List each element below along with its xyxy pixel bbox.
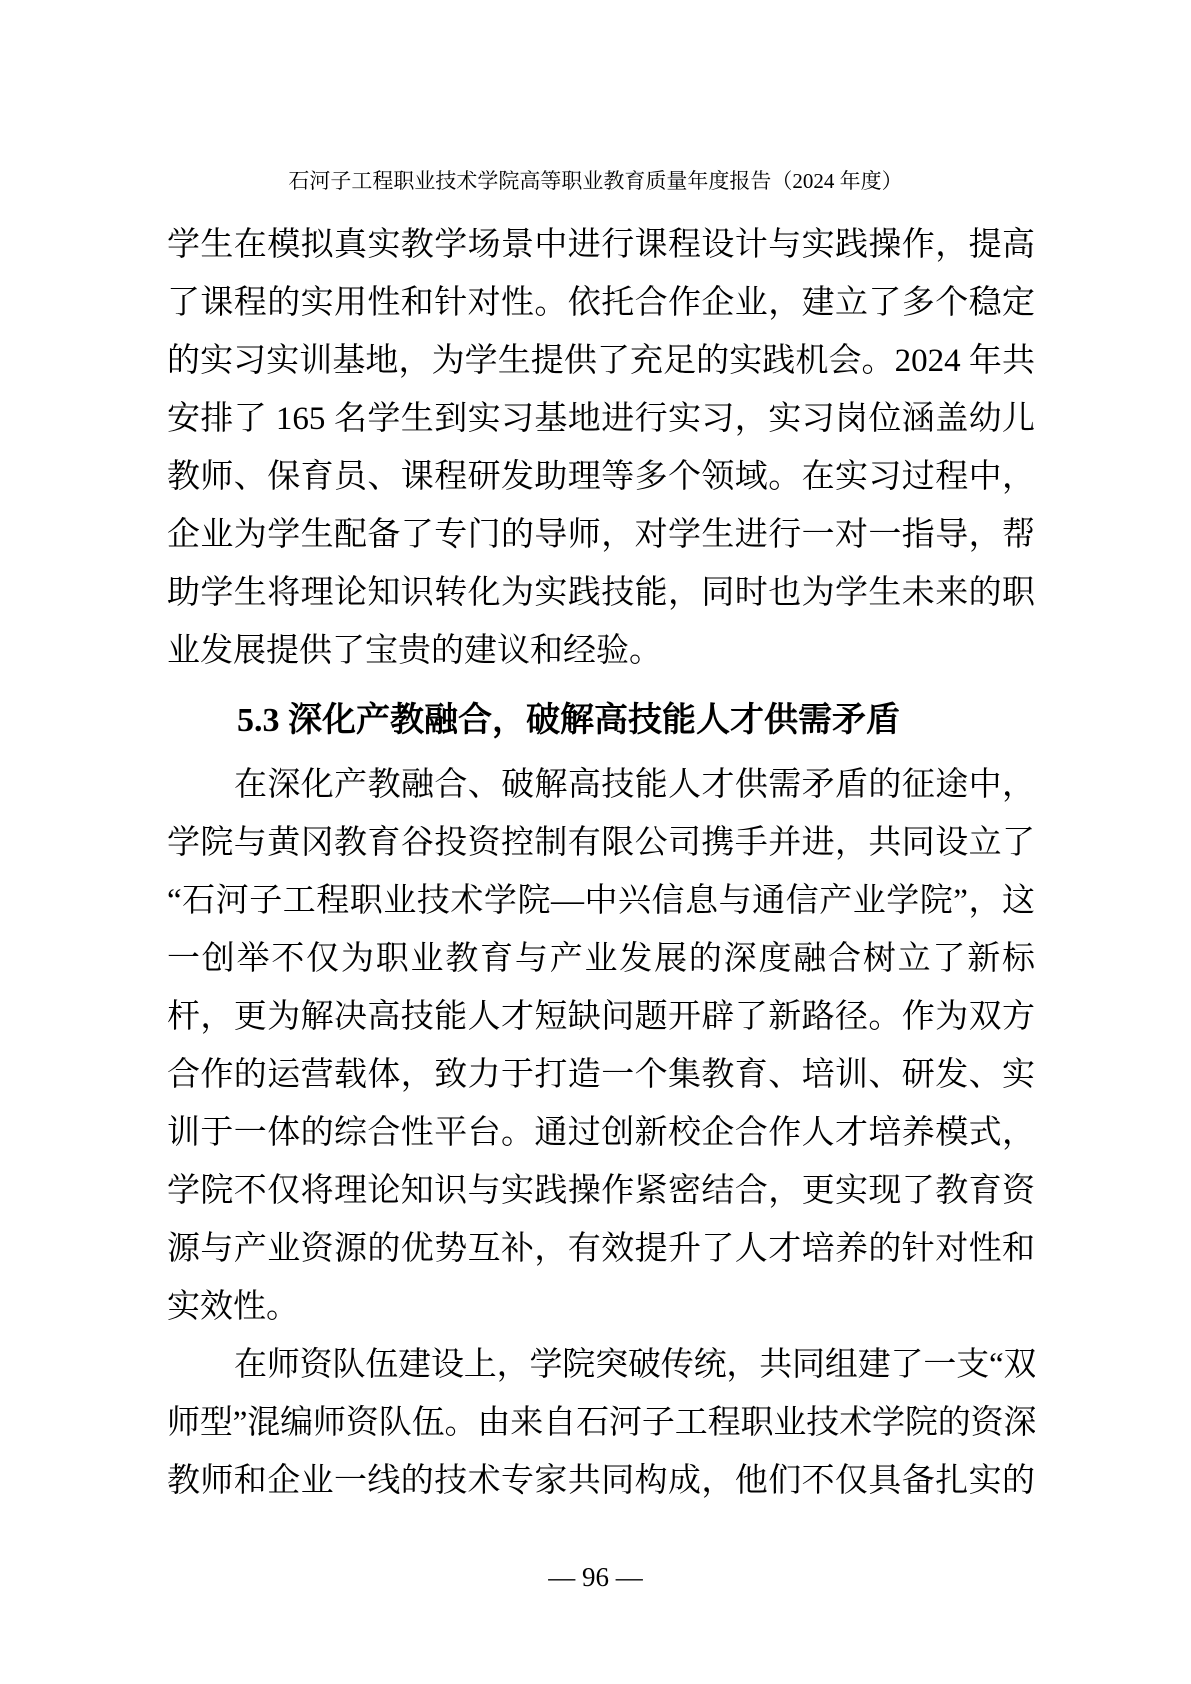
paragraph-1: 学生在模拟真实教学场景中进行课程设计与实践操作，提高 了课程的实用性和针对性。依… (167, 216, 1035, 680)
body-line: 业发展提供了宝贵的建议和经验。 (167, 622, 1035, 680)
body-line: 源与产业资源的优势互补，有效提升了人才培养的针对性和 (167, 1220, 1035, 1278)
body-line: 助学生将理论知识转化为实践技能，同时也为学生未来的职 (167, 564, 1035, 622)
body-line: 企业为学生配备了专门的导师，对学生进行一对一指导，帮 (167, 506, 1035, 564)
body-line: 教师和企业一线的技术专家共同构成，他们不仅具备扎实的 (167, 1452, 1035, 1510)
section-heading-5-3: 5.3 深化产教融合，破解高技能人才供需矛盾 (167, 692, 1035, 750)
body-line: 训于一体的综合性平台。通过创新校企合作人才培养模式， (167, 1104, 1035, 1162)
body-line: 实效性。 (167, 1278, 1035, 1336)
page-number: — 96 — (0, 1560, 1191, 1594)
body-line: 一创举不仅为职业教育与产业发展的深度融合树立了新标 (167, 930, 1035, 988)
body-line: 在深化产教融合、破解高技能人才供需矛盾的征途中， (167, 756, 1035, 814)
body-line: 杆，更为解决高技能人才短缺问题开辟了新路径。作为双方 (167, 988, 1035, 1046)
body-line: 的实习实训基地，为学生提供了充足的实践机会。2024 年共 (167, 332, 1035, 390)
page-header-title: 石河子工程职业技术学院高等职业教育质量年度报告（2024 年度） (0, 168, 1191, 194)
paragraph-2: 在深化产教融合、破解高技能人才供需矛盾的征途中， 学院与黄冈教育谷投资控制有限公… (167, 756, 1035, 1336)
document-page: 石河子工程职业技术学院高等职业教育质量年度报告（2024 年度） 学生在模拟真实… (0, 0, 1191, 1684)
body-line: 学院不仅将理论知识与实践操作紧密结合，更实现了教育资 (167, 1162, 1035, 1220)
body-line: 在师资队伍建设上，学院突破传统，共同组建了一支“双 (167, 1336, 1035, 1394)
document-body: 学生在模拟真实教学场景中进行课程设计与实践操作，提高 了课程的实用性和针对性。依… (167, 216, 1035, 1510)
paragraph-3: 在师资队伍建设上，学院突破传统，共同组建了一支“双 师型”混编师资队伍。由来自石… (167, 1336, 1035, 1510)
body-line: 学院与黄冈教育谷投资控制有限公司携手并进，共同设立了 (167, 814, 1035, 872)
body-line: 教师、保育员、课程研发助理等多个领域。在实习过程中， (167, 448, 1035, 506)
body-line: 合作的运营载体，致力于打造一个集教育、培训、研发、实 (167, 1046, 1035, 1104)
body-line: 安排了 165 名学生到实习基地进行实习，实习岗位涵盖幼儿 (167, 390, 1035, 448)
body-line: 学生在模拟真实教学场景中进行课程设计与实践操作，提高 (167, 216, 1035, 274)
body-line: “石河子工程职业技术学院—中兴信息与通信产业学院”，这 (167, 872, 1035, 930)
body-line: 了课程的实用性和针对性。依托合作企业，建立了多个稳定 (167, 274, 1035, 332)
body-line: 师型”混编师资队伍。由来自石河子工程职业技术学院的资深 (167, 1394, 1035, 1452)
